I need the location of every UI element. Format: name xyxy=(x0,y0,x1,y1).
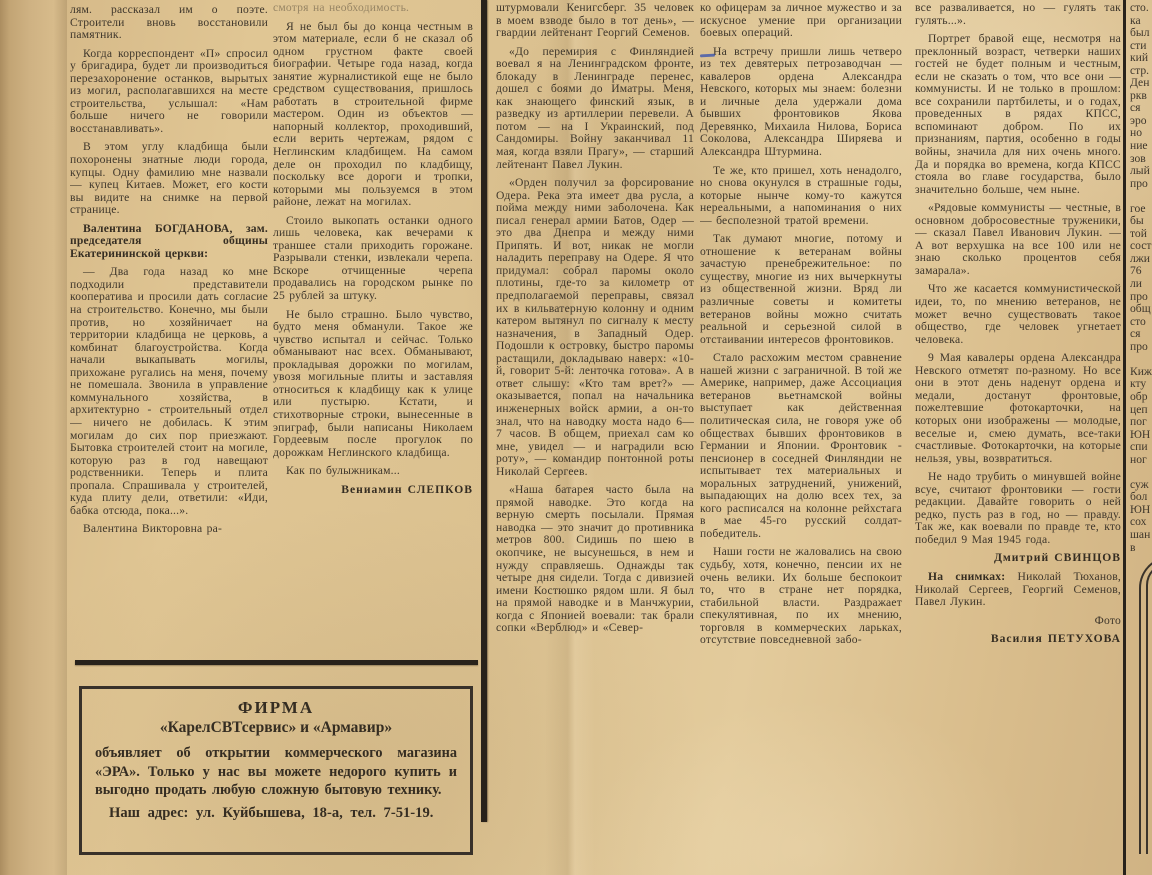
clipped-text-fragment: в xyxy=(1130,542,1152,555)
paragraph: «Орден получил за форсирование Одера. Ре… xyxy=(496,177,694,478)
ad-subtitle: «КарелСВТсервис» и «Армавир» xyxy=(95,718,457,737)
article-column-4: ко офицерам за личное мужество и за иску… xyxy=(700,2,902,875)
clipped-text-fragment: ног xyxy=(1130,454,1152,467)
paragraph: Когда корреспондент «П» спросил у бригад… xyxy=(70,48,268,136)
paragraph: все разваливается, но — гулять так гулят… xyxy=(915,2,1121,27)
paragraph: Те же, кто пришел, хоть ненадолго, но сн… xyxy=(700,165,902,228)
paragraph: штурмовали Кенигсберг. 35 человек в моем… xyxy=(496,2,694,40)
clipped-text-fragment: про xyxy=(1130,341,1152,354)
page-left-margin xyxy=(0,0,67,875)
clipped-text-fragment: ся xyxy=(1130,328,1152,341)
paragraph: Валентина Викторовна ра- xyxy=(70,523,268,536)
clipped-text-fragment: пог xyxy=(1130,416,1152,429)
paragraph: — Два года назад ко мне подходили предст… xyxy=(70,266,268,517)
paragraph: Валентина БОГДАНОВА, зам. председателя о… xyxy=(70,223,268,261)
ad-box: ФИРМА «КарелСВТсервис» и «Армавир» объяв… xyxy=(79,686,473,855)
clipped-text-fragment: общ xyxy=(1130,303,1152,316)
paragraph: «До перемирия с Финляндией воевал я на Л… xyxy=(496,46,694,171)
clipped-text-fragment: ли xyxy=(1130,278,1152,291)
newspaper-page: лям. рассказал им о поэте. Строители вно… xyxy=(0,0,1152,875)
clipped-text-fragment xyxy=(1130,466,1152,479)
clipped-text-fragment xyxy=(1130,190,1152,203)
clipped-text-fragment: Ден xyxy=(1130,77,1152,90)
clipped-text-fragment: обр xyxy=(1130,391,1152,404)
clipped-text-fragment: бол xyxy=(1130,491,1152,504)
paragraph: Василия ПЕТУХОВА xyxy=(915,633,1121,646)
clipped-text-fragment: шан xyxy=(1130,529,1152,542)
vertical-rule-right xyxy=(1123,0,1126,875)
paragraph: ко офицерам за личное мужество и за иску… xyxy=(700,2,902,40)
clipped-text-fragment: бы xyxy=(1130,215,1152,228)
paragraph: Как по булыжникам... xyxy=(273,465,473,478)
ad-address: Наш адрес: ул. Куйбышева, 18-а, тел. 7-5… xyxy=(95,805,457,822)
clipped-text-fragment: ние xyxy=(1130,140,1152,153)
paragraph: Фото xyxy=(915,615,1121,628)
paragraph: лям. рассказал им о поэте. Строители вно… xyxy=(70,4,268,42)
article-column-5: все разваливается, но — гулять так гулят… xyxy=(915,2,1121,875)
paragraph: Наши гости не жаловались на свою судьбу,… xyxy=(700,546,902,646)
clipped-text-fragment: про xyxy=(1130,178,1152,191)
paragraph: смотря на необходимость. xyxy=(273,2,473,15)
paragraph: Вениамин СЛЕПКОВ xyxy=(273,484,473,497)
clipped-text-fragment: был xyxy=(1130,27,1152,40)
horizontal-rule xyxy=(75,660,478,665)
clipped-text-fragment: спи xyxy=(1130,441,1152,454)
vertical-rule-left xyxy=(481,0,487,822)
paragraph: Так думают многие, потому и отношение к … xyxy=(700,233,902,346)
clipped-text-fragment: лый xyxy=(1130,165,1152,178)
paragraph: «Рядовые коммунисты — честные, в основно… xyxy=(915,202,1121,277)
paragraph: На встречу пришли лишь четверо из тех де… xyxy=(700,46,902,159)
paragraph: Не было страшно. Было чувство, будто мен… xyxy=(273,309,473,460)
paragraph: Портрет бравой еще, несмотря на преклонн… xyxy=(915,33,1121,196)
ad-title: ФИРМА xyxy=(95,698,457,718)
paragraph: 9 Мая кавалеры ордена Александра Невског… xyxy=(915,352,1121,465)
paragraph: В этом углу кладбища были похоронены зна… xyxy=(70,141,268,216)
paragraph: Стоило выкопать останки одного лишь чело… xyxy=(273,215,473,303)
paragraph: На снимках: Николай Тюханов, Николай Сер… xyxy=(915,571,1121,609)
clipped-frame-border-inner xyxy=(1146,563,1152,854)
article-column-3: штурмовали Кенигсберг. 35 человек в моем… xyxy=(496,2,694,875)
paragraph: Стало расхожим местом сравнение нашей жи… xyxy=(700,352,902,540)
clipped-text-fragment: сто. xyxy=(1130,2,1152,15)
paragraph: Не надо трубить о минувшей войне всуе, с… xyxy=(915,471,1121,546)
ad-body: объявляет об открытии коммерческого мага… xyxy=(95,744,457,800)
paragraph: Дмитрий СВИНЦОВ xyxy=(915,552,1121,565)
paragraph: Я не был бы до конца честным в этом мате… xyxy=(273,21,473,209)
paragraph: «Наша батарея часто была на прямой навод… xyxy=(496,484,694,635)
paragraph: Что же касается коммунистической идеи, т… xyxy=(915,283,1121,346)
clipped-text-fragment: кий xyxy=(1130,52,1152,65)
clipped-text-fragment xyxy=(1130,353,1152,366)
